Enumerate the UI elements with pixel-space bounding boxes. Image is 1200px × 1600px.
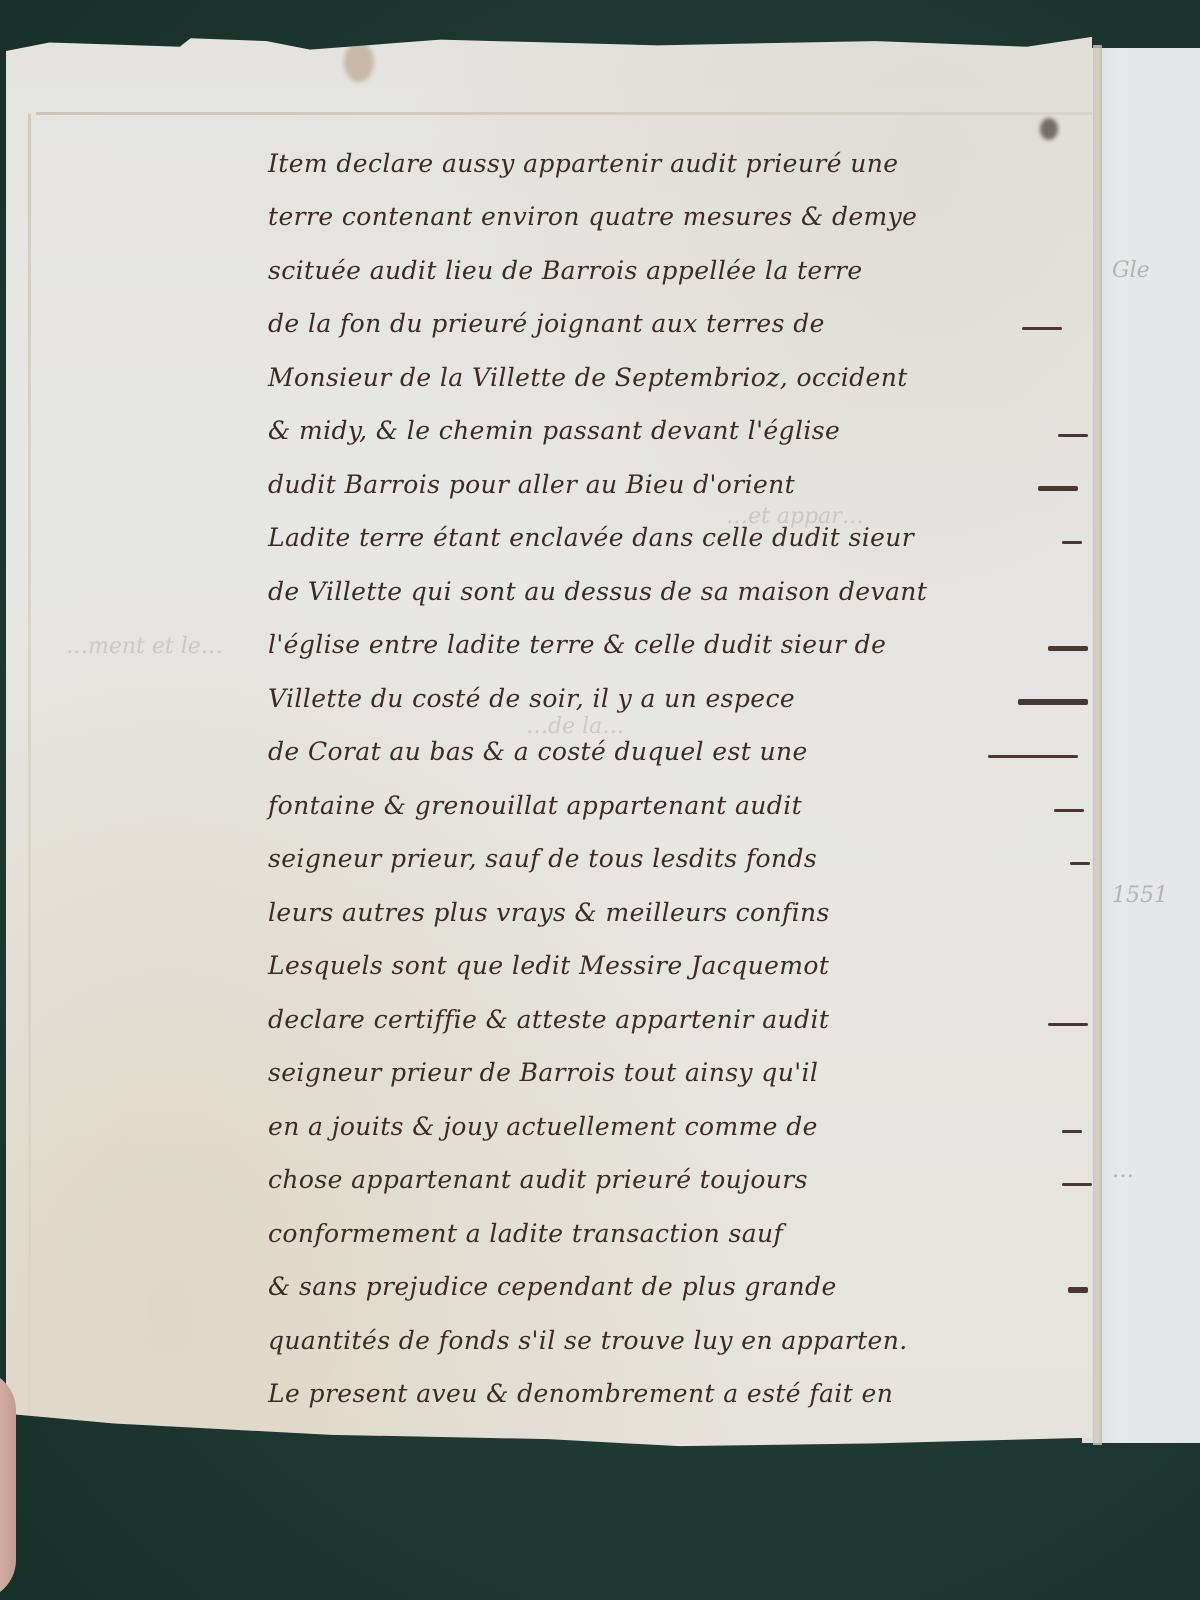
text-line: terre contenant environ quatre mesures &… xyxy=(268,186,1068,240)
line-text: en a jouits & jouy actuellement comme de xyxy=(268,1112,818,1149)
line-filler-dash xyxy=(1070,862,1090,865)
paper-stain xyxy=(344,42,374,82)
line-text: de Corat au bas & a costé duquel est une xyxy=(268,737,808,774)
line-text: de la fon du prieuré joignant aux terres… xyxy=(268,309,825,346)
line-text: fontaine & grenouillat appartenant audit xyxy=(268,791,802,828)
text-line: seigneur prieur, sauf de tous lesdits fo… xyxy=(268,828,1068,882)
text-line: Lesquels sont que ledit Messire Jacquemo… xyxy=(268,935,1068,989)
line-text: scituée audit lieu de Barrois appellée l… xyxy=(268,256,863,293)
text-line: fontaine & grenouillat appartenant audit xyxy=(268,774,1068,828)
page-fold xyxy=(1093,45,1102,1445)
line-text: terre contenant environ quatre mesures &… xyxy=(268,202,917,239)
text-line: Ladite terre étant enclavée dans celle d… xyxy=(268,507,1068,561)
line-text: Lesquels sont que ledit Messire Jacquemo… xyxy=(268,951,829,988)
line-text: chose appartenant audit prieuré toujours xyxy=(268,1165,808,1202)
text-line: quantités de fonds s'il se trouve luy en… xyxy=(268,1309,1068,1363)
text-line: de la fon du prieuré joignant aux terres… xyxy=(268,293,1068,347)
line-filler-dash xyxy=(1048,646,1088,651)
right-page-fragment: 1551 xyxy=(1112,883,1168,908)
text-line: Monsieur de la Villette de Septembrioz, … xyxy=(268,346,1068,400)
line-filler-dash xyxy=(1018,699,1088,705)
text-line: leurs autres plus vrays & meilleurs conf… xyxy=(268,881,1068,935)
bleed-through-text: …ment et le… xyxy=(66,634,223,659)
text-line: scituée audit lieu de Barrois appellée l… xyxy=(268,239,1068,293)
text-line: Le present aveu & denombrement a esté fa… xyxy=(268,1363,1068,1417)
line-filler-dash xyxy=(1038,486,1078,491)
text-line: Villette du costé de soir, il y a un esp… xyxy=(268,667,1068,721)
line-filler-dash xyxy=(1022,327,1062,330)
line-filler-dash xyxy=(1062,541,1082,544)
line-text: seigneur prieur, sauf de tous lesdits fo… xyxy=(268,844,817,881)
line-text: seigneur prieur de Barrois tout ainsy qu… xyxy=(268,1058,818,1095)
text-line: l'église entre ladite terre & celle dudi… xyxy=(268,614,1068,668)
line-text: Le present aveu & denombrement a esté fa… xyxy=(268,1379,893,1416)
line-text: conformement a ladite transaction sauf xyxy=(268,1219,783,1256)
text-line: & midy, & le chemin passant devant l'égl… xyxy=(268,400,1068,454)
line-text: & sans prejudice cependant de plus grand… xyxy=(268,1272,837,1309)
line-filler-dash xyxy=(1048,1023,1088,1026)
handwritten-text-block: Item declare aussy appartenir audit prie… xyxy=(268,132,1068,1416)
line-text: Item declare aussy appartenir audit prie… xyxy=(268,149,898,186)
line-text: & midy, & le chemin passant devant l'égl… xyxy=(268,416,840,453)
text-line: dudit Barrois pour aller au Bieu d'orien… xyxy=(268,453,1068,507)
line-text: de Villette qui sont au dessus de sa mai… xyxy=(268,577,927,614)
text-line: de Corat au bas & a costé duquel est une xyxy=(268,721,1068,775)
text-line: chose appartenant audit prieuré toujours xyxy=(268,1149,1068,1203)
text-line: seigneur prieur de Barrois tout ainsy qu… xyxy=(268,1042,1068,1096)
thumb-holding-page xyxy=(0,1370,16,1600)
line-filler-dash xyxy=(1058,434,1088,437)
text-line: de Villette qui sont au dessus de sa mai… xyxy=(268,560,1068,614)
right-page-fragment: … xyxy=(1112,1158,1134,1183)
margin-crease-vertical xyxy=(28,114,31,1454)
text-line: conformement a ladite transaction sauf xyxy=(268,1202,1068,1256)
line-text: l'église entre ladite terre & celle dudi… xyxy=(268,630,886,667)
margin-crease xyxy=(36,112,1096,115)
line-filler-dash xyxy=(988,755,1078,758)
line-text: Villette du costé de soir, il y a un esp… xyxy=(268,684,795,721)
line-filler-dash xyxy=(1062,1130,1082,1133)
line-text: dudit Barrois pour aller au Bieu d'orien… xyxy=(268,470,795,507)
right-page-fragment: Gle xyxy=(1112,258,1150,283)
line-text: Monsieur de la Villette de Septembrioz, … xyxy=(268,363,908,400)
text-line: en a jouits & jouy actuellement comme de xyxy=(268,1095,1068,1149)
line-filler-dash xyxy=(1068,1287,1088,1293)
text-line: Item declare aussy appartenir audit prie… xyxy=(268,132,1068,186)
line-text: declare certiffie & atteste appartenir a… xyxy=(268,1005,829,1042)
text-line: declare certiffie & atteste appartenir a… xyxy=(268,988,1068,1042)
line-text: quantités de fonds s'il se trouve luy en… xyxy=(268,1326,908,1363)
line-filler-dash xyxy=(1054,809,1084,812)
line-text: Ladite terre étant enclavée dans celle d… xyxy=(268,523,914,560)
line-text: leurs autres plus vrays & meilleurs conf… xyxy=(268,898,830,935)
text-line: & sans prejudice cependant de plus grand… xyxy=(268,1256,1068,1310)
line-filler-dash xyxy=(1062,1183,1092,1186)
